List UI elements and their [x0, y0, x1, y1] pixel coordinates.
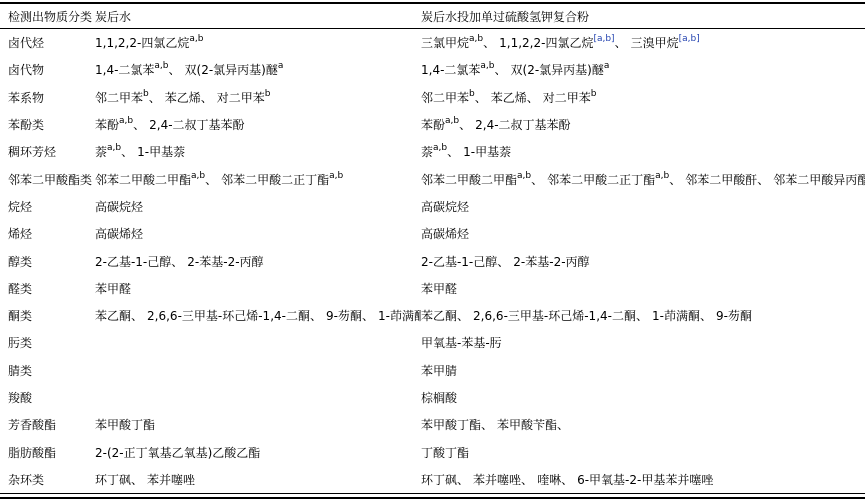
compound-name: 2-苯基-2-丙醇	[513, 255, 589, 269]
compound-name: 丁酸丁酯	[421, 446, 469, 460]
compound-name: 高碳烷烃	[95, 200, 143, 214]
carbon-water-cell: 苯酚a,b、2,4-二叔丁基苯酚	[95, 116, 421, 133]
treated-water-cell: 甲氧基-苯基-肟	[421, 334, 865, 351]
compound-name: 1-茚满酮	[652, 309, 700, 323]
treated-water-cell: 丁酸丁酯	[421, 444, 865, 461]
carbon-water-cell: 2-(2-正丁氧基乙氧基)乙酸乙酯	[95, 444, 421, 461]
enumeration-separator: 、	[527, 91, 539, 105]
footnote-superscript: a,b	[189, 34, 203, 44]
compound-name: 双(2-氯异丙基)醚	[185, 63, 278, 77]
compound-name: 对二甲苯	[217, 91, 265, 105]
footnote-superscript: a,b	[469, 34, 483, 44]
enumeration-separator: 、	[133, 118, 145, 132]
treated-water-cell: 环丁砜、苯并噻唑、喹啉、6-甲氧基-2-甲基苯并噻唑	[421, 471, 865, 488]
category-cell: 苯酚类	[0, 116, 95, 133]
enumeration-separator: 、	[457, 473, 469, 487]
compound-name: 邻苯二甲酸二甲酯	[421, 173, 517, 187]
enumeration-separator: 、	[521, 473, 533, 487]
compound-name: 苯并噻唑	[147, 473, 195, 487]
carbon-water-cell: 1,4-二氯苯a,b、双(2-氯异丙基)醚a	[95, 61, 421, 78]
compound-name: 环丁砜	[95, 473, 131, 487]
footnote-superscript: a	[604, 61, 610, 71]
table-row: 醛类苯甲醛苯甲醛	[0, 275, 865, 302]
treated-water-cell: 邻二甲苯b、苯乙烯、对二甲苯b	[421, 89, 865, 106]
category-cell: 苯系物	[0, 89, 95, 106]
table-row: 酮类苯乙酮、2,6,6-三甲基-环己烯-1,4-二酮、9-芴酮、1-茚满酮苯乙酮…	[0, 302, 865, 329]
treated-water-cell: 棕榈酸	[421, 389, 865, 406]
compound-name: 高碳烷烃	[421, 200, 469, 214]
compound-name: 萘	[421, 145, 433, 159]
carbon-water-cell: 苯乙酮、2,6,6-三甲基-环己烯-1,4-二酮、9-芴酮、1-茚满酮	[95, 307, 421, 324]
compound-name: 环丁砜	[421, 473, 457, 487]
footnote-superscript: a,b	[154, 61, 168, 71]
carbon-water-cell: 2-乙基-1-己醇、2-苯基-2-丙醇	[95, 253, 421, 270]
compound-name: 萘	[95, 145, 107, 159]
carbon-water-cell: 邻苯二甲酸二甲酯a,b、邻苯二甲酸二正丁酯a,b	[95, 171, 421, 188]
compound-name: 1,4-二氯苯	[421, 63, 480, 77]
compound-name: 双(2-氯异丙基)醚	[511, 63, 604, 77]
table-row: 腈类苯甲腈	[0, 357, 865, 384]
table-row: 苯系物邻二甲苯b、苯乙烯、对二甲苯b邻二甲苯b、苯乙烯、对二甲苯b	[0, 84, 865, 111]
compound-name: 苯并噻唑	[473, 473, 521, 487]
compound-name: 2,4-二叔丁基苯酚	[475, 118, 570, 132]
compound-name: 三氯甲烷	[421, 36, 469, 50]
footnote-superscript: a,b	[107, 143, 121, 153]
enumeration-separator: 、	[121, 145, 133, 159]
compound-name: 2,6,6-三甲基-环己烯-1,4-二酮	[473, 309, 636, 323]
compound-name: 邻苯二甲酸酐	[685, 173, 757, 187]
category-cell: 醛类	[0, 280, 95, 297]
carbon-water-cell: 高碳烯烃	[95, 225, 421, 242]
category-cell: 羧酸	[0, 389, 95, 406]
footnote-superscript: a,b	[445, 116, 459, 126]
compound-name: 邻二甲苯	[421, 91, 469, 105]
category-cell: 腈类	[0, 362, 95, 379]
category-cell: 醇类	[0, 253, 95, 270]
compound-name: 2-(2-正丁氧基乙氧基)乙酸乙酯	[95, 446, 260, 460]
compound-name: 1-甲基萘	[137, 145, 185, 159]
enumeration-separator: 、	[561, 473, 573, 487]
compound-name: 邻苯二甲酸异丙酯	[773, 173, 865, 187]
footnote-superscript: a,b	[119, 116, 133, 126]
treated-water-cell: 苯甲醛	[421, 280, 865, 297]
table-row: 醇类2-乙基-1-己醇、2-苯基-2-丙醇2-乙基-1-己醇、2-苯基-2-丙醇	[0, 247, 865, 274]
compound-name: 1,1,2,2-四氯乙烷	[95, 36, 189, 50]
compound-name: 苯甲酸苄酯、	[497, 418, 569, 432]
category-cell: 肟类	[0, 334, 95, 351]
compound-name: 邻苯二甲酸二甲酯	[95, 173, 191, 187]
compound-name: 1-茚满酮	[378, 309, 421, 323]
bottom-thick-rule	[0, 497, 865, 499]
treated-water-cell: 苯甲酸丁酯、苯甲酸苄酯、	[421, 416, 865, 433]
enumeration-separator: 、	[149, 91, 161, 105]
compound-name: 6-甲氧基-2-甲基苯并噻唑	[577, 473, 713, 487]
treated-water-cell: 高碳烷烃	[421, 198, 865, 215]
carbon-water-cell: 高碳烷烃	[95, 198, 421, 215]
table-body: 卤代烃1,1,2,2-四氯乙烷a,b三氯甲烷a,b、1,1,2,2-四氯乙烷[a…	[0, 29, 865, 494]
enumeration-separator: 、	[475, 91, 487, 105]
table-row: 卤代物1,4-二氯苯a,b、双(2-氯异丙基)醚a1,4-二氯苯a,b、双(2-…	[0, 56, 865, 83]
enumeration-separator: 、	[481, 418, 493, 432]
paper-table-page: 检测出物质分类 炭后水 炭后水投加单过硫酸氢钾复合粉 卤代烃1,1,2,2-四氯…	[0, 0, 865, 502]
compound-name: 2-乙基-1-己醇	[421, 255, 497, 269]
compound-name: 2-乙基-1-己醇	[95, 255, 171, 269]
carbon-water-cell: 苯甲酸丁酯	[95, 416, 421, 433]
carbon-water-cell: 萘a,b、1-甲基萘	[95, 143, 421, 160]
enumeration-separator: 、	[636, 309, 648, 323]
enumeration-separator: 、	[531, 173, 543, 187]
enumeration-separator: 、	[615, 36, 627, 50]
category-cell: 脂肪酸酯	[0, 444, 95, 461]
category-cell: 芳香酸酯	[0, 416, 95, 433]
table-row: 羧酸棕榈酸	[0, 384, 865, 411]
compound-name: 苯乙烯	[165, 91, 201, 105]
compound-name: 2,6,6-三甲基-环己烯-1,4-二酮	[147, 309, 310, 323]
enumeration-separator: 、	[700, 309, 712, 323]
category-cell: 酮类	[0, 307, 95, 324]
compound-name: 苯酚	[95, 118, 119, 132]
compound-name: 苯甲酸丁酯	[421, 418, 481, 432]
footnote-superscript: a,b	[655, 171, 669, 181]
compound-name: 三溴甲烷	[631, 36, 679, 50]
table-row: 稠环芳烃萘a,b、1-甲基萘萘a,b、1-甲基萘	[0, 138, 865, 165]
treated-water-cell: 邻苯二甲酸二甲酯a,b、邻苯二甲酸二正丁酯a,b、邻苯二甲酸酐、邻苯二甲酸异丙酯	[421, 171, 865, 188]
enumeration-separator: 、	[669, 173, 681, 187]
enumeration-separator: 、	[497, 255, 509, 269]
footnote-superscript: a,b	[517, 171, 531, 181]
footnote-superscript: b	[591, 89, 597, 99]
treated-water-cell: 2-乙基-1-己醇、2-苯基-2-丙醇	[421, 253, 865, 270]
table-row: 杂环类环丁砜、苯并噻唑环丁砜、苯并噻唑、喹啉、6-甲氧基-2-甲基苯并噻唑	[0, 466, 865, 493]
category-cell: 稠环芳烃	[0, 143, 95, 160]
enumeration-separator: 、	[205, 173, 217, 187]
carbon-water-cell: 1,1,2,2-四氯乙烷a,b	[95, 34, 421, 51]
treated-water-cell: 萘a,b、1-甲基萘	[421, 143, 865, 160]
enumeration-separator: 、	[459, 118, 471, 132]
enumeration-separator: 、	[169, 63, 181, 77]
compound-name: 1-甲基萘	[463, 145, 511, 159]
compound-name: 苯甲酸丁酯	[95, 418, 155, 432]
footnote-superscript: a,b	[329, 171, 343, 181]
table-row: 苯酚类苯酚a,b、2,4-二叔丁基苯酚苯酚a,b、2,4-二叔丁基苯酚	[0, 111, 865, 138]
treated-water-cell: 高碳烯烃	[421, 225, 865, 242]
treated-water-cell: 苯乙酮、2,6,6-三甲基-环己烯-1,4-二酮、1-茚满酮、9-芴酮	[421, 307, 865, 324]
category-cell: 杂环类	[0, 471, 95, 488]
compound-name: 1,1,2,2-四氯乙烷	[499, 36, 593, 50]
compound-name: 邻苯二甲酸二正丁酯	[547, 173, 655, 187]
compound-name: 苯乙烯	[491, 91, 527, 105]
table-row: 卤代烃1,1,2,2-四氯乙烷a,b三氯甲烷a,b、1,1,2,2-四氯乙烷[a…	[0, 29, 865, 56]
compound-name: 甲氧基-苯基-肟	[421, 336, 502, 350]
enumeration-separator: 、	[171, 255, 183, 269]
table-header-row: 检测出物质分类 炭后水 炭后水投加单过硫酸氢钾复合粉	[0, 4, 865, 29]
footnote-superscript: b	[265, 89, 271, 99]
footnote-superscript: a,b	[191, 171, 205, 181]
enumeration-separator: 、	[447, 145, 459, 159]
compound-name: 苯甲醛	[421, 282, 457, 296]
category-cell: 卤代烃	[0, 34, 95, 51]
enumeration-separator: 、	[131, 473, 143, 487]
compound-name: 高碳烯烃	[95, 227, 143, 241]
footnote-superscript: [a,b]	[593, 34, 614, 44]
header-treated-water: 炭后水投加单过硫酸氢钾复合粉	[421, 8, 865, 25]
compound-name: 对二甲苯	[543, 91, 591, 105]
treated-water-cell: 苯酚a,b、2,4-二叔丁基苯酚	[421, 116, 865, 133]
compound-name: 2,4-二叔丁基苯酚	[149, 118, 244, 132]
enumeration-separator: 、	[201, 91, 213, 105]
compound-name: 邻二甲苯	[95, 91, 143, 105]
compound-name: 1,4-二氯苯	[95, 63, 154, 77]
footnote-superscript: b	[469, 89, 475, 99]
category-cell: 邻苯二甲酸酯类	[0, 171, 95, 188]
footnote-superscript: a,b	[480, 61, 494, 71]
compound-name: 棕榈酸	[421, 391, 457, 405]
header-carbon-water: 炭后水	[95, 8, 421, 25]
treated-water-cell: 1,4-二氯苯a,b、双(2-氯异丙基)醚a	[421, 61, 865, 78]
compound-name: 苯乙酮	[421, 309, 457, 323]
enumeration-separator: 、	[757, 173, 769, 187]
compound-name: 苯酚	[421, 118, 445, 132]
enumeration-separator: 、	[362, 309, 374, 323]
table-row: 芳香酸酯苯甲酸丁酯苯甲酸丁酯、苯甲酸苄酯、	[0, 411, 865, 438]
compound-name: 2-苯基-2-丙醇	[187, 255, 263, 269]
category-cell: 烯烃	[0, 225, 95, 242]
enumeration-separator: 、	[483, 36, 495, 50]
footnote-superscript: a,b	[433, 143, 447, 153]
table-row: 邻苯二甲酸酯类邻苯二甲酸二甲酯a,b、邻苯二甲酸二正丁酯a,b邻苯二甲酸二甲酯a…	[0, 165, 865, 192]
compound-name: 苯甲醛	[95, 282, 131, 296]
carbon-water-cell: 邻二甲苯b、苯乙烯、对二甲苯b	[95, 89, 421, 106]
table-row: 烯烃高碳烯烃高碳烯烃	[0, 220, 865, 247]
carbon-water-cell: 环丁砜、苯并噻唑	[95, 471, 421, 488]
enumeration-separator: 、	[495, 63, 507, 77]
table-row: 脂肪酸酯2-(2-正丁氧基乙氧基)乙酸乙酯丁酸丁酯	[0, 438, 865, 465]
footnote-superscript: b	[143, 89, 149, 99]
compound-name: 高碳烯烃	[421, 227, 469, 241]
enumeration-separator: 、	[131, 309, 143, 323]
compound-name: 喹啉	[537, 473, 561, 487]
footnote-superscript: a	[278, 61, 284, 71]
enumeration-separator: 、	[310, 309, 322, 323]
carbon-water-cell: 苯甲醛	[95, 280, 421, 297]
category-cell: 卤代物	[0, 61, 95, 78]
category-cell: 烷烃	[0, 198, 95, 215]
enumeration-separator: 、	[457, 309, 469, 323]
table-row: 烷烃高碳烷烃高碳烷烃	[0, 193, 865, 220]
compound-name: 邻苯二甲酸二正丁酯	[221, 173, 329, 187]
compound-name: 9-芴酮	[716, 309, 752, 323]
treated-water-cell: 三氯甲烷a,b、1,1,2,2-四氯乙烷[a,b]、三溴甲烷[a,b]	[421, 34, 865, 51]
compound-name: 苯乙酮	[95, 309, 131, 323]
compound-name: 苯甲腈	[421, 364, 457, 378]
compound-name: 9-芴酮	[326, 309, 362, 323]
footnote-superscript: [a,b]	[679, 34, 700, 44]
detected-compounds-table: 检测出物质分类 炭后水 炭后水投加单过硫酸氢钾复合粉 卤代烃1,1,2,2-四氯…	[0, 2, 865, 499]
table-row: 肟类甲氧基-苯基-肟	[0, 329, 865, 356]
treated-water-cell: 苯甲腈	[421, 362, 865, 379]
header-category: 检测出物质分类	[0, 8, 95, 25]
